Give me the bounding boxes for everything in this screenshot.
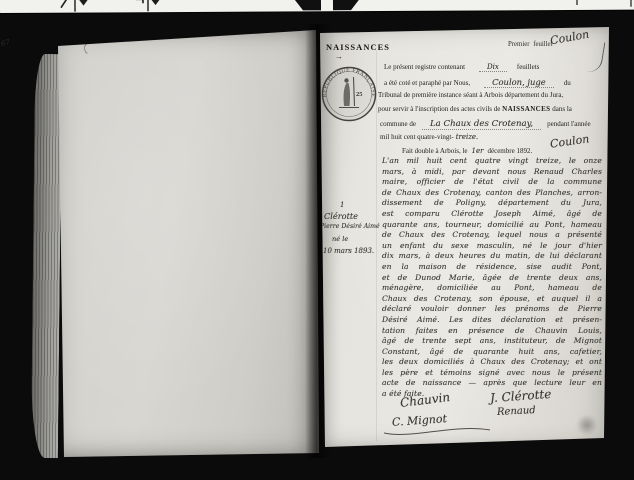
form-line-1: Le présent registre contenantDixfeuillet…: [384, 63, 539, 71]
form-text: a été coté et paraphé par Nous,: [384, 79, 470, 87]
act-line: L'an mil huit cent quatre vingt treize, …: [382, 156, 602, 167]
act-line: de Chaux des Crotenay, lequel nous a pré…: [382, 230, 602, 241]
form-text: du: [564, 79, 571, 87]
form-text: Le présent registre contenant: [384, 63, 465, 71]
act-line: tation faites en présence de Chauvin Lou…: [382, 326, 602, 337]
birth-act-text: L'an mil huit cent quatre vingt treize, …: [382, 156, 602, 400]
act-line: déclaré vouloir donner les prénoms de Pi…: [382, 304, 602, 315]
registry-page: NAISSANCES → Premier feuillet Coulon RÉP…: [318, 25, 610, 449]
act-line: dissement de Poligny, département du Jur…: [382, 198, 602, 209]
margin-born-date: 10 mars 1893.: [323, 247, 374, 255]
arrow-ornament-icon: →: [335, 52, 342, 61]
act-line: mars, à midi, par devant nous Renaud Cha…: [382, 167, 602, 178]
form-text: décembre 1892.: [487, 147, 532, 155]
act-line: ménagère, domiciliée au Pont, hameau de: [382, 283, 602, 294]
form-line-3: Tribunal de première instance séant à Ar…: [378, 91, 563, 99]
judge-signature-inline: Coulon, juge: [484, 77, 554, 88]
act-line: est comparu Clérotte Joseph Aimé, âgé de: [382, 209, 602, 220]
left-blank-page: [52, 28, 320, 458]
margin-born-label: né le: [332, 235, 348, 243]
act-line: acte de naissance — après que lecture le…: [382, 378, 602, 389]
stamp-value: 25: [356, 91, 362, 98]
margin-given-names: Pierre Désiré Aimé: [320, 223, 380, 230]
form-text-naissances: NAISSANCES: [502, 105, 550, 113]
form-text: pour servir à l'inscription des actes ci…: [378, 105, 500, 113]
revenue-stamp: RÉPUBLIQUE FRANÇAISE 25: [320, 65, 378, 123]
act-number: 1: [340, 201, 344, 209]
form-fill-count: Dix: [479, 63, 507, 72]
act-line: un enfant du sexe masculin, né le jour d…: [382, 241, 602, 252]
film-ruler-marks: [0, 0, 634, 13]
act-line: âgé de trente sept ans, instituteur, de …: [382, 336, 602, 347]
form-text: commune de: [380, 120, 416, 128]
form-text: mil huit cent quatre-vingt-: [380, 133, 454, 141]
act-line: quarante ans, tourneur, domicilié au Pon…: [382, 220, 602, 231]
sheet-number-label: Premier feuillet: [508, 41, 552, 48]
act-line: de Chaux des Crotenay, canton des Planch…: [382, 188, 602, 199]
signature-mayor: Renaud: [497, 405, 536, 418]
form-text: Fait double à Arbois, le: [402, 147, 468, 155]
signature-flourish: [382, 423, 494, 437]
form-fill-day: 1er: [472, 147, 484, 155]
act-line: les deux domiciliés à Chaux des Crotenay…: [382, 357, 602, 368]
form-line-6: mil huit cent quatre-vingt-treize.: [380, 133, 478, 141]
margin-surname: Clérotte: [324, 211, 358, 221]
act-line: maire, officier de l'état civil de la co…: [382, 177, 602, 188]
ink-smudge: [576, 415, 598, 435]
form-fill-year: treize.: [456, 133, 479, 141]
act-line: en la maison de résidence, sise audit Po…: [382, 262, 602, 273]
left-page-shading: [52, 28, 320, 458]
act-line: et de Dunod Marie, âgée de trente deux a…: [382, 273, 602, 284]
form-text: Tribunal de première instance séant à Ar…: [378, 91, 563, 99]
film-edge-mark: 67: [0, 38, 10, 48]
act-line: Désiré Aimé. Les dites déclaration et pr…: [382, 315, 602, 326]
act-line: Constant, âgé de quarante huit ans, cafe…: [382, 347, 602, 358]
page-title: NAISSANCES: [326, 43, 390, 52]
page-stack-edge: [31, 54, 62, 458]
act-line: les père et témoins signé avec nous le p…: [382, 368, 602, 379]
form-fill-commune: La Chaux des Crotenay,: [422, 119, 541, 130]
form-text: dans la: [552, 105, 572, 113]
form-line-5: commune deLa Chaux des Crotenay,pendant …: [380, 119, 591, 129]
form-text: feuillets: [517, 63, 540, 71]
act-line: Chaux des Crotenay, son épouse, et auque…: [382, 294, 602, 305]
form-line-2: a été coté et paraphé par Nous,Coulon, j…: [384, 77, 571, 87]
revenue-stamp-seal: RÉPUBLIQUE FRANÇAISE 25: [320, 65, 378, 123]
film-ruler-strip: [0, 0, 634, 13]
act-line: dix mars, à deux heures du matin, de lui…: [382, 251, 602, 262]
form-line-7: Fait double à Arbois, le1erdécembre 1892…: [402, 147, 532, 155]
form-text: pendant l'année: [547, 120, 590, 128]
form-line-4: pour servir à l'inscription des actes ci…: [378, 105, 572, 113]
